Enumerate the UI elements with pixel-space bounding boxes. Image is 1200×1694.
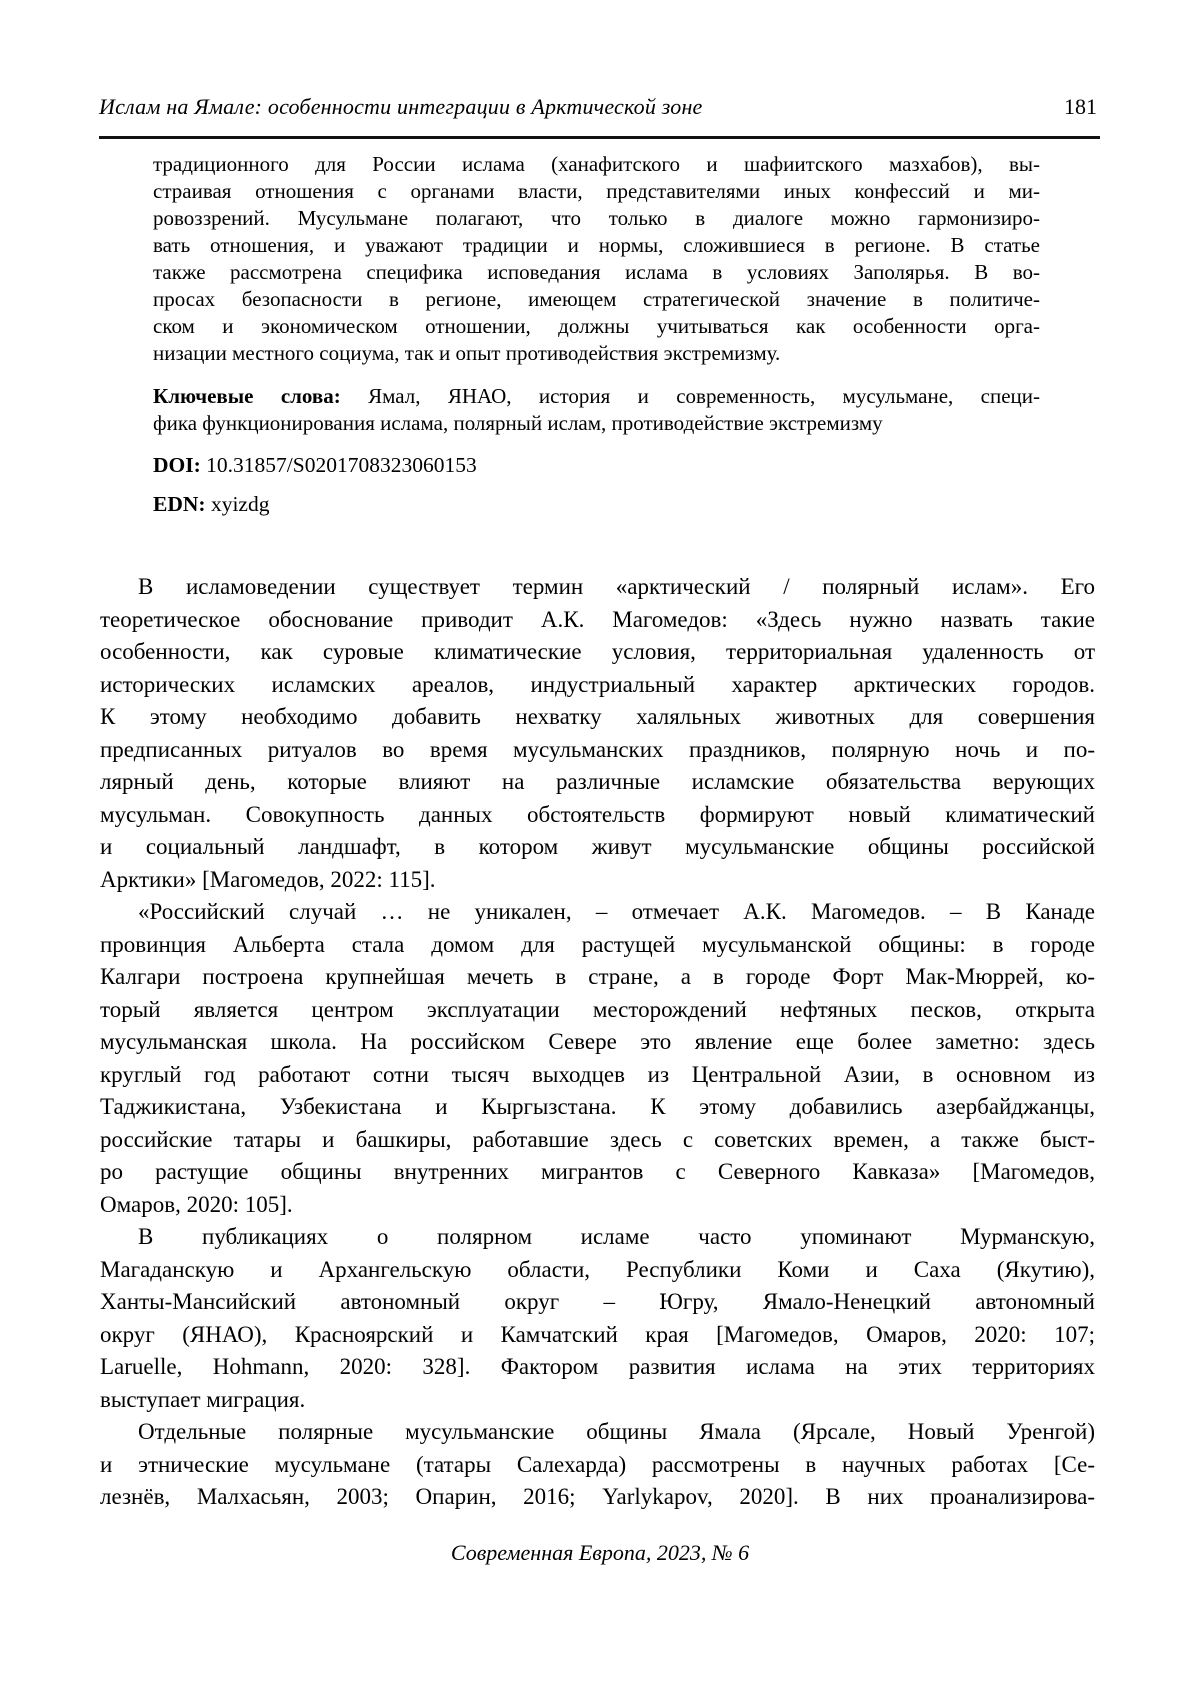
journal-page: Ислам на Ямале: особенности интеграции в… bbox=[0, 0, 1200, 1694]
text-line: В исламоведении существует термин «аркти… bbox=[100, 571, 1095, 604]
page-header: Ислам на Ямале: особенности интеграции в… bbox=[99, 94, 1097, 120]
body-paragraph: «Российский случай … не уникален, – отме… bbox=[100, 896, 1095, 1221]
text-line: исторических исламских ареалов, индустри… bbox=[100, 669, 1095, 702]
keywords-line: Ключевые слова: Ямал, ЯНАО, история и со… bbox=[153, 383, 1040, 410]
text-line: мусульман. Совокупность данных обстоятел… bbox=[100, 799, 1095, 832]
text-line: Отдельные полярные мусульманские общины … bbox=[100, 1416, 1095, 1449]
text-line: российские татары и башкиры, работавшие … bbox=[100, 1124, 1095, 1157]
text-line: страивая отношения с органами власти, пр… bbox=[153, 178, 1040, 205]
text-line: округ (ЯНАО), Красноярский и Камчатский … bbox=[100, 1319, 1095, 1352]
abstract-block: традиционного для России ислама (ханафит… bbox=[153, 151, 1040, 367]
text-line: ровоззрений. Мусульмане полагают, что то… bbox=[153, 205, 1040, 232]
text-line: предписанных ритуалов во время мусульман… bbox=[100, 734, 1095, 767]
keywords-label: Ключевые слова: bbox=[153, 384, 341, 408]
doi-block: DOI: 10.31857/S0201708323060153 bbox=[153, 452, 1040, 479]
doi-label: DOI: bbox=[153, 453, 201, 477]
text-line: К этому необходимо добавить нехватку хал… bbox=[100, 701, 1095, 734]
text-line: особенности, как суровые климатические у… bbox=[100, 636, 1095, 669]
text-line: традиционного для России ислама (ханафит… bbox=[153, 151, 1040, 178]
keywords-text: Ямал, ЯНАО, история и современность, мус… bbox=[368, 384, 1040, 408]
text-line: и этнические мусульмане (татары Салехард… bbox=[100, 1449, 1095, 1482]
doi-value: 10.31857/S0201708323060153 bbox=[206, 453, 477, 477]
running-title: Ислам на Ямале: особенности интеграции в… bbox=[99, 94, 703, 120]
text-line: мусульманская школа. На российском Север… bbox=[100, 1026, 1095, 1059]
body-paragraph: Отдельные полярные мусульманские общины … bbox=[100, 1416, 1095, 1514]
text-line: ском и экономическом отношении, должны у… bbox=[153, 313, 1040, 340]
body-paragraph: В исламоведении существует термин «аркти… bbox=[100, 571, 1095, 896]
text-line: и социальный ландшафт, в котором живут м… bbox=[100, 831, 1095, 864]
text-line: ро растущие общины внутренних мигрантов … bbox=[100, 1156, 1095, 1189]
text-line: «Российский случай … не уникален, – отме… bbox=[100, 896, 1095, 929]
page-footer: Современная Европа, 2023, № 6 bbox=[0, 1540, 1200, 1566]
text-line: также рассмотрена специфика исповедания … bbox=[153, 259, 1040, 286]
text-line: Омаров, 2020: 105]. bbox=[100, 1189, 1095, 1222]
edn-block: EDN: xyizdg bbox=[153, 491, 1040, 518]
header-rule bbox=[99, 136, 1100, 139]
text-line: низации местного социума, так и опыт про… bbox=[153, 340, 1040, 367]
text-line: Ханты-Мансийский автономный округ – Югру… bbox=[100, 1286, 1095, 1319]
text-line: просах безопасности в регионе, имеющем с… bbox=[153, 286, 1040, 313]
text-line: теоретическое обоснование приводит А.К. … bbox=[100, 604, 1095, 637]
text-line: Арктики» [Магомедов, 2022: 115]. bbox=[100, 864, 1095, 897]
text-line: торый является центром эксплуатации мест… bbox=[100, 994, 1095, 1027]
text-line: лярный день, которые влияют на различные… bbox=[100, 766, 1095, 799]
text-line: круглый год работают сотни тысяч выходце… bbox=[100, 1059, 1095, 1092]
body-paragraph: В публикациях о полярном исламе часто уп… bbox=[100, 1221, 1095, 1416]
text-line: вать отношения, и уважают традиции и нор… bbox=[153, 232, 1040, 259]
text-line: Магаданскую и Архангельскую области, Рес… bbox=[100, 1254, 1095, 1287]
article-body: В исламоведении существует термин «аркти… bbox=[100, 571, 1095, 1514]
text-line: В публикациях о полярном исламе часто уп… bbox=[100, 1221, 1095, 1254]
text-line: лезнёв, Малхасьян, 2003; Опарин, 2016; Y… bbox=[100, 1481, 1095, 1514]
text-line: выступает миграция. bbox=[100, 1384, 1095, 1417]
text-line: Laruelle, Hohmann, 2020: 328]. Фактором … bbox=[100, 1351, 1095, 1384]
text-line: провинция Альберта стала домом для расту… bbox=[100, 929, 1095, 962]
keywords-line: фика функционирования ислама, полярный и… bbox=[153, 410, 1040, 437]
page-number: 181 bbox=[1064, 94, 1097, 120]
text-line: Калгари построена крупнейшая мечеть в ст… bbox=[100, 961, 1095, 994]
keywords-block: Ключевые слова: Ямал, ЯНАО, история и со… bbox=[153, 383, 1040, 437]
edn-label: EDN: bbox=[153, 492, 206, 516]
journal-footer-text: Современная Европа, 2023, № 6 bbox=[451, 1540, 749, 1565]
text-line: Таджикистана, Узбекистана и Кыргызстана.… bbox=[100, 1091, 1095, 1124]
edn-value: xyizdg bbox=[211, 492, 270, 516]
